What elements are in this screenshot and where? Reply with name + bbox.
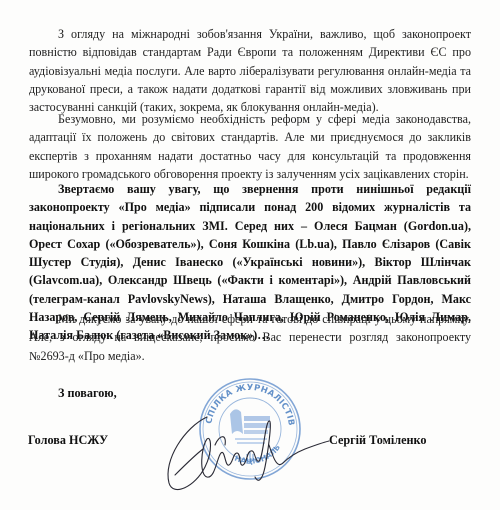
letter-page: З огляду на міжнародні зобов'язання Укра… xyxy=(0,0,500,510)
signatory-name: Сергій Томіленко xyxy=(329,433,426,448)
paragraph-reform-consultations: Безумовно, ми розуміємо необхідність реф… xyxy=(29,110,471,183)
closing-salutation: З повагою, xyxy=(58,386,117,401)
paragraph-request-postpone: Ми дякуємо за увагу до нашої сфери та го… xyxy=(29,310,471,365)
handwritten-signature-icon xyxy=(155,405,330,500)
paragraph-international-obligations: З огляду на міжнародні зобов'язання Укра… xyxy=(29,25,471,116)
signatory-title: Голова НСЖУ xyxy=(28,433,108,448)
